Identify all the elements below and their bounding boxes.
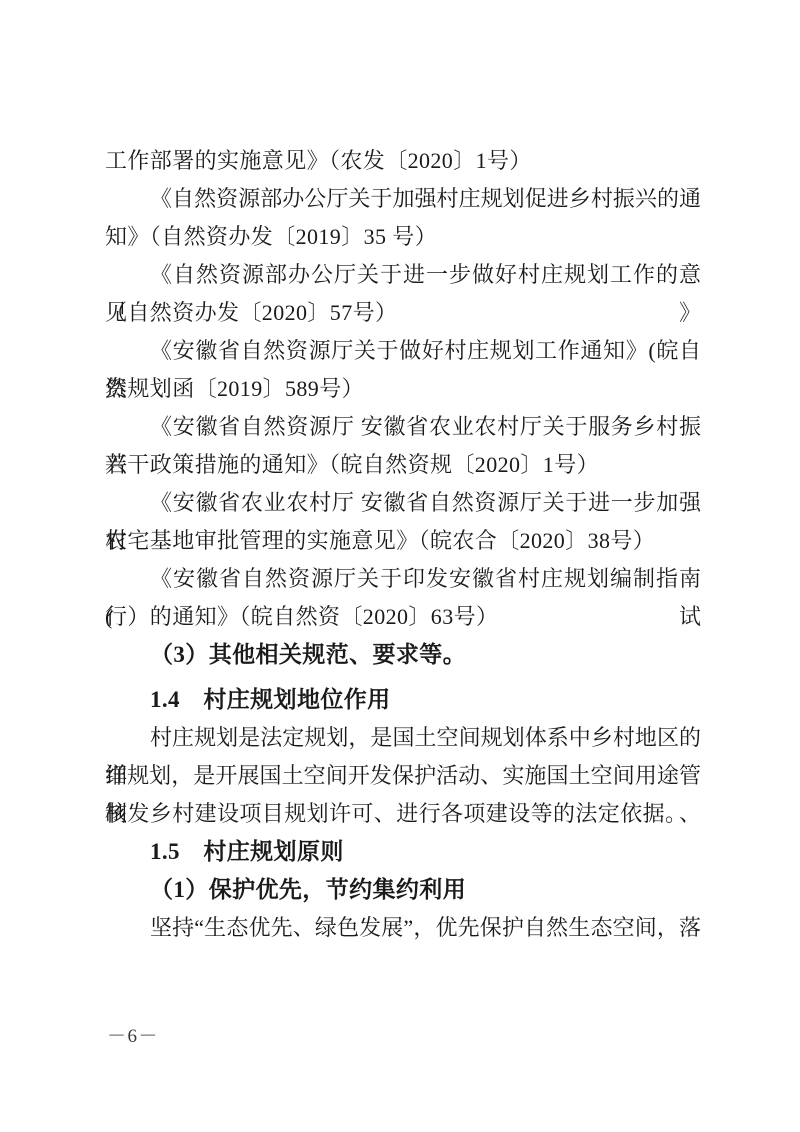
reference-line: 《安徽省自然资源厅关于做好村庄规划工作通知》(皖自然 (105, 332, 701, 370)
bold-subheading: （1）保护优先，节约集约利用 (105, 871, 701, 909)
text-line: 知》（自然资办发〔2019〕35 号） (105, 218, 701, 256)
text-line: 村宅基地审批管理的实施意见》（皖农合〔2020〕38号） (105, 522, 701, 560)
reference-line: 《安徽省农业农村厅 安徽省自然资源厅关于进一步加强农 (105, 484, 701, 522)
reference-line: 《安徽省自然资源厅关于印发安徽省村庄规划编制指南(试 (105, 560, 701, 598)
paragraph-line: 核发乡村建设项目规划许可、进行各项建设等的法定依据。 (105, 795, 701, 833)
text-line: 资规划函〔2019〕589号） (105, 370, 701, 408)
text-line: 若干政策措施的通知》（皖自然资规〔2020〕1号） (105, 446, 701, 484)
reference-line: 《自然资源部办公厅关于进一步做好村庄规划工作的意见》 (105, 256, 701, 294)
paragraph-line: 坚持“生态优先、绿色发展”，优先保护自然生态空间，落 (105, 909, 701, 947)
page-body-text: 工作部署的实施意见》（农发〔2020〕1号） 《自然资源部办公厅关于加强村庄规划… (105, 142, 701, 947)
section-heading: 1.5 村庄规划原则 (105, 833, 701, 871)
reference-line: 《安徽省自然资源厅 安徽省农业农村厅关于服务乡村振兴 (105, 408, 701, 446)
reference-line: 《自然资源部办公厅关于加强村庄规划促进乡村振兴的通 (105, 180, 701, 218)
paragraph-line: 细规划，是开展国土空间开发保护活动、实施国土空间用途管制、 (105, 757, 701, 795)
section-heading: 1.4 村庄规划地位作用 (105, 681, 701, 719)
page-number: －6－ (107, 1026, 159, 1048)
bold-subheading: （3）其他相关规范、要求等。 (105, 636, 701, 674)
document-page: 工作部署的实施意见》（农发〔2020〕1号） 《自然资源部办公厅关于加强村庄规划… (0, 0, 800, 1132)
text-line: 工作部署的实施意见》（农发〔2020〕1号） (105, 142, 701, 180)
paragraph-line: 村庄规划是法定规划，是国土空间规划体系中乡村地区的详 (105, 719, 701, 757)
